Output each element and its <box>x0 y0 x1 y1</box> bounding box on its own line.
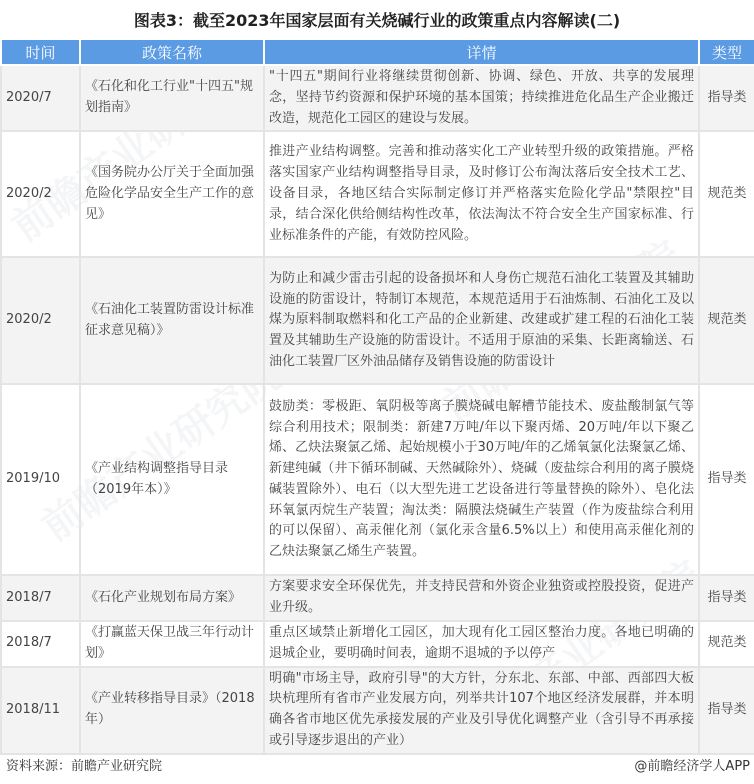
table-row: 2020/7 《石化和化工行业"十四五"规划指南》 "十四五"期间行业将继续贯彻… <box>1 65 754 131</box>
cell-type: 规范类 <box>699 257 754 384</box>
header-type: 类型 <box>699 40 754 65</box>
cell-time: 2018/7 <box>1 575 80 621</box>
cell-type: 指导类 <box>699 65 754 131</box>
cell-time: 2019/10 <box>1 384 80 575</box>
cell-detail: 为防止和减少雷击引起的设备损坏和人身伤亡规范石油化工装置及其辅助设施的防雷设计，… <box>264 257 699 384</box>
table-row: 2020/2 《石油化工装置防雷设计标准征求意见稿）》 为防止和减少雷击引起的设… <box>1 257 754 384</box>
cell-time: 2020/2 <box>1 257 80 384</box>
cell-type: 指导类 <box>699 384 754 575</box>
cell-type: 指导类 <box>699 667 754 754</box>
cell-time: 2020/2 <box>1 131 80 257</box>
cell-type: 规范类 <box>699 621 754 667</box>
cell-time: 2020/7 <box>1 65 80 131</box>
table-row: 2019/10 《产业结构调整指导目录（2019年本）》 鼓励类：零极距、氧阴极… <box>1 384 754 575</box>
table-row: 2018/7 《打赢蓝天保卫战三年行动计划》 重点区域禁止新增化工园区，加大现有… <box>1 621 754 667</box>
table-row: 2018/7 《石化产业规划布局方案》 方案要求安全环保优先，并支持民营和外资企… <box>1 575 754 621</box>
header-detail: 详情 <box>264 40 699 65</box>
header-time: 时间 <box>1 40 80 65</box>
cell-policy-name: 《石化产业规划布局方案》 <box>80 575 264 621</box>
cell-policy-name: 《产业结构调整指导目录（2019年本）》 <box>80 384 264 575</box>
cell-type: 规范类 <box>699 131 754 257</box>
cell-detail: 鼓励类：零极距、氧阴极等离子膜烧碱电解槽节能技术、废盐酸制氯气等综合利用技术；限… <box>264 384 699 575</box>
cell-policy-name: 《石化和化工行业"十四五"规划指南》 <box>80 65 264 131</box>
cell-policy-name: 《打赢蓝天保卫战三年行动计划》 <box>80 621 264 667</box>
table-header-row: 时间 政策名称 详情 类型 <box>1 40 754 65</box>
chart-title: 图表3：截至2023年国家层面有关烧碱行业的政策重点内容解读(二) <box>0 8 754 31</box>
cell-detail: 推进产业结构调整。完善和推动落实化工产业转型升级的政策措施。严格落实国家产业结构… <box>264 131 699 257</box>
cell-detail: 方案要求安全环保优先，并支持民营和外资企业独资或控股投资，促进产业升级。 <box>264 575 699 621</box>
source-note: 资料来源：前瞻产业研究院 <box>6 755 162 774</box>
policy-table: 时间 政策名称 详情 类型 2020/7 《石化和化工行业"十四五"规划指南》 … <box>0 40 754 755</box>
cell-time: 2018/11 <box>1 667 80 754</box>
table-row: 2018/11 《产业转移指导目录》（2018年） 明确"市场主导，政府引导"的… <box>1 667 754 754</box>
cell-policy-name: 《石油化工装置防雷设计标准征求意见稿）》 <box>80 257 264 384</box>
cell-policy-name: 《国务院办公厅关于全面加强危险化学品安全生产工作的意见》 <box>80 131 264 257</box>
table-row: 2020/2 《国务院办公厅关于全面加强危险化学品安全生产工作的意见》 推进产业… <box>1 131 754 257</box>
cell-detail: 重点区域禁止新增化工园区，加大现有化工园区整治力度。各地已明确的退城企业，要明确… <box>264 621 699 667</box>
credit-note: @前瞻经济学人APP <box>634 755 750 774</box>
cell-time: 2018/7 <box>1 621 80 667</box>
cell-type: 指导类 <box>699 575 754 621</box>
cell-detail: 明确"市场主导，政府引导"的大方针，分东北、东部、中部、西部四大板块杭理所有省市… <box>264 667 699 754</box>
header-policy-name: 政策名称 <box>80 40 264 65</box>
cell-detail: "十四五"期间行业将继续贯彻创新、协调、绿色、开放、共享的发展理念，坚持节约资源… <box>264 65 699 131</box>
cell-policy-name: 《产业转移指导目录》（2018年） <box>80 667 264 754</box>
